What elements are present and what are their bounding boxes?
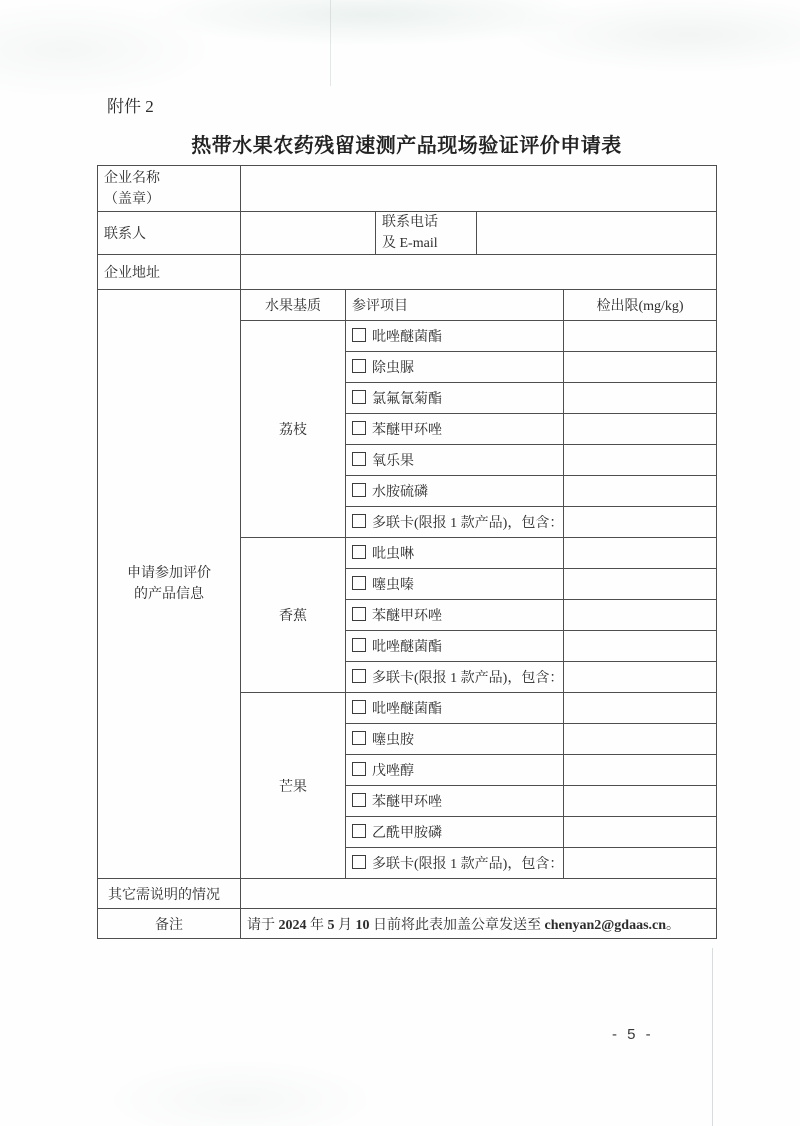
- detection-limit-cell[interactable]: [564, 476, 717, 507]
- scan-artifact-line-top: [330, 0, 331, 86]
- detection-limit-header: 检出限(mg/kg): [564, 290, 717, 321]
- detection-limit-cell[interactable]: [564, 631, 717, 662]
- detection-limit-cell[interactable]: [564, 321, 717, 352]
- detection-limit-cell[interactable]: [564, 693, 717, 724]
- checkbox-icon[interactable]: [352, 607, 366, 621]
- pesticide-item-label: 氯氟氰菊酯: [372, 392, 442, 407]
- pesticide-item-label: 水胺硫磷: [372, 485, 428, 500]
- detection-limit-cell[interactable]: [564, 445, 717, 476]
- checkbox-icon[interactable]: [352, 669, 366, 683]
- remark-plain-text: 日前将此表加盖公章发送至: [370, 918, 545, 933]
- evaluation-item-cell: 多联卡(限报 1 款产品)，包含：: [346, 507, 564, 538]
- evaluation-item-cell: 戊唑醇: [346, 755, 564, 786]
- pesticide-item-label: 吡虫啉: [372, 547, 414, 562]
- address-row: 企业地址: [98, 255, 717, 290]
- remark-plain-text: 请于: [247, 918, 279, 933]
- detection-limit-cell[interactable]: [564, 507, 717, 538]
- phone-email-label: 联系电话 及 E-mail: [376, 212, 477, 255]
- detection-limit-cell[interactable]: [564, 786, 717, 817]
- pesticide-item-label: 吡唑醚菌酯: [372, 640, 442, 655]
- remark-row: 备注 请于 2024 年 5 月 10 日前将此表加盖公章发送至 chenyan…: [98, 909, 717, 939]
- contact-row: 联系人 联系电话 及 E-mail: [98, 212, 717, 255]
- detection-limit-cell[interactable]: [564, 848, 717, 879]
- remark-bold-text: chenyan2@gdaas.cn: [545, 918, 667, 933]
- remark-plain-text: 年: [307, 918, 328, 933]
- evaluation-item-cell: 吡唑醚菌酯: [346, 693, 564, 724]
- detection-limit-cell[interactable]: [564, 569, 717, 600]
- pesticide-item-label: 除虫脲: [372, 361, 414, 376]
- fruit-matrix-cell: 香蕉: [241, 538, 346, 693]
- pesticide-item-label: 噻虫胺: [372, 733, 414, 748]
- detection-limit-cell[interactable]: [564, 662, 717, 693]
- evaluation-item-cell: 氯氟氰菊酯: [346, 383, 564, 414]
- evaluation-item-cell: 吡唑醚菌酯: [346, 631, 564, 662]
- pesticide-item-label: 苯醚甲环唑: [372, 795, 442, 810]
- pesticide-item-label: 多联卡(限报 1 款产品)，包含：: [372, 857, 563, 872]
- evaluation-item-cell: 乙酰甲胺磷: [346, 817, 564, 848]
- fruit-matrix-cell: 荔枝: [241, 321, 346, 538]
- pesticide-item-label: 吡唑醚菌酯: [372, 330, 442, 345]
- other-info-row: 其它需说明的情况: [98, 879, 717, 909]
- checkbox-icon[interactable]: [352, 638, 366, 652]
- evaluation-item-cell: 吡虫啉: [346, 538, 564, 569]
- pesticide-item-label: 戊唑醇: [372, 764, 414, 779]
- detection-limit-cell[interactable]: [564, 817, 717, 848]
- evaluation-item-cell: 多联卡(限报 1 款产品)，包含：: [346, 848, 564, 879]
- checkbox-icon[interactable]: [352, 576, 366, 590]
- phone-email-input[interactable]: [477, 212, 717, 255]
- evaluation-item-cell: 噻虫嗪: [346, 569, 564, 600]
- checkbox-icon[interactable]: [352, 359, 366, 373]
- detection-limit-cell[interactable]: [564, 414, 717, 445]
- pesticide-item-label: 噻虫嗪: [372, 578, 414, 593]
- company-name-label: 企业名称 （盖章）: [98, 166, 241, 212]
- remark-bold-text: 5: [328, 918, 335, 933]
- fruit-matrix-cell: 芒果: [241, 693, 346, 879]
- checkbox-icon[interactable]: [352, 421, 366, 435]
- remark-plain-text: 月: [335, 918, 356, 933]
- attachment-label: 附件 2: [107, 92, 154, 117]
- checkbox-icon[interactable]: [352, 514, 366, 528]
- checkbox-icon[interactable]: [352, 452, 366, 466]
- evaluation-item-cell: 吡唑醚菌酯: [346, 321, 564, 352]
- page-number: - 5 -: [612, 1026, 654, 1043]
- pesticide-item-label: 苯醚甲环唑: [372, 423, 442, 438]
- contact-input[interactable]: [241, 212, 376, 255]
- address-input[interactable]: [241, 255, 717, 290]
- pesticide-item-label: 吡唑醚菌酯: [372, 702, 442, 717]
- checkbox-icon[interactable]: [352, 545, 366, 559]
- checkbox-icon[interactable]: [352, 762, 366, 776]
- checkbox-icon[interactable]: [352, 700, 366, 714]
- evaluation-item-cell: 多联卡(限报 1 款产品)，包含：: [346, 662, 564, 693]
- evaluation-item-cell: 苯醚甲环唑: [346, 414, 564, 445]
- remark-bold-text: 2024: [279, 918, 307, 933]
- address-label: 企业地址: [98, 255, 241, 290]
- remark-bold-text: 10: [356, 918, 370, 933]
- pesticide-item-label: 多联卡(限报 1 款产品)，包含：: [372, 671, 563, 686]
- fruit-matrix-header: 水果基质: [241, 290, 346, 321]
- other-info-input[interactable]: [241, 879, 717, 909]
- evaluation-item-cell: 苯醚甲环唑: [346, 786, 564, 817]
- remark-text: 请于 2024 年 5 月 10 日前将此表加盖公章发送至 chenyan2@g…: [241, 909, 717, 939]
- scan-artifact-line-right: [712, 948, 713, 1126]
- checkbox-icon[interactable]: [352, 390, 366, 404]
- remark-label: 备注: [98, 909, 241, 939]
- checkbox-icon[interactable]: [352, 328, 366, 342]
- checkbox-icon[interactable]: [352, 483, 366, 497]
- checkbox-icon[interactable]: [352, 855, 366, 869]
- evaluation-item-cell: 除虫脲: [346, 352, 564, 383]
- pesticide-item-label: 乙酰甲胺磷: [372, 826, 442, 841]
- company-name-input[interactable]: [241, 166, 717, 212]
- pesticide-item-label: 氧乐果: [372, 454, 414, 469]
- detection-limit-cell[interactable]: [564, 755, 717, 786]
- detection-limit-cell[interactable]: [564, 538, 717, 569]
- evaluation-item-cell: 噻虫胺: [346, 724, 564, 755]
- page-title: 热带水果农药残留速测产品现场验证评价申请表: [97, 129, 716, 158]
- detection-limit-cell[interactable]: [564, 600, 717, 631]
- pesticide-item-label: 苯醚甲环唑: [372, 609, 442, 624]
- checkbox-icon[interactable]: [352, 793, 366, 807]
- checkbox-icon[interactable]: [352, 731, 366, 745]
- pesticide-item-label: 多联卡(限报 1 款产品)，包含：: [372, 516, 563, 531]
- company-name-row: 企业名称 （盖章）: [98, 166, 717, 212]
- evaluation-item-cell: 苯醚甲环唑: [346, 600, 564, 631]
- product-info-section-label: 申请参加评价 的产品信息: [98, 290, 241, 879]
- evaluation-item-header: 参评项目: [346, 290, 564, 321]
- evaluation-item-cell: 水胺硫磷: [346, 476, 564, 507]
- detection-limit-cell[interactable]: [564, 352, 717, 383]
- product-table-header-row: 申请参加评价 的产品信息 水果基质 参评项目 检出限(mg/kg): [98, 290, 717, 321]
- checkbox-icon[interactable]: [352, 824, 366, 838]
- remark-plain-text: 。: [666, 918, 680, 933]
- evaluation-item-cell: 氧乐果: [346, 445, 564, 476]
- contact-label: 联系人: [98, 212, 241, 255]
- other-info-label: 其它需说明的情况: [98, 879, 241, 909]
- detection-limit-cell[interactable]: [564, 724, 717, 755]
- detection-limit-cell[interactable]: [564, 383, 717, 414]
- application-form-table: 企业名称 （盖章） 联系人 联系电话 及 E-mail 企业地址 申请参加评价 …: [97, 165, 717, 939]
